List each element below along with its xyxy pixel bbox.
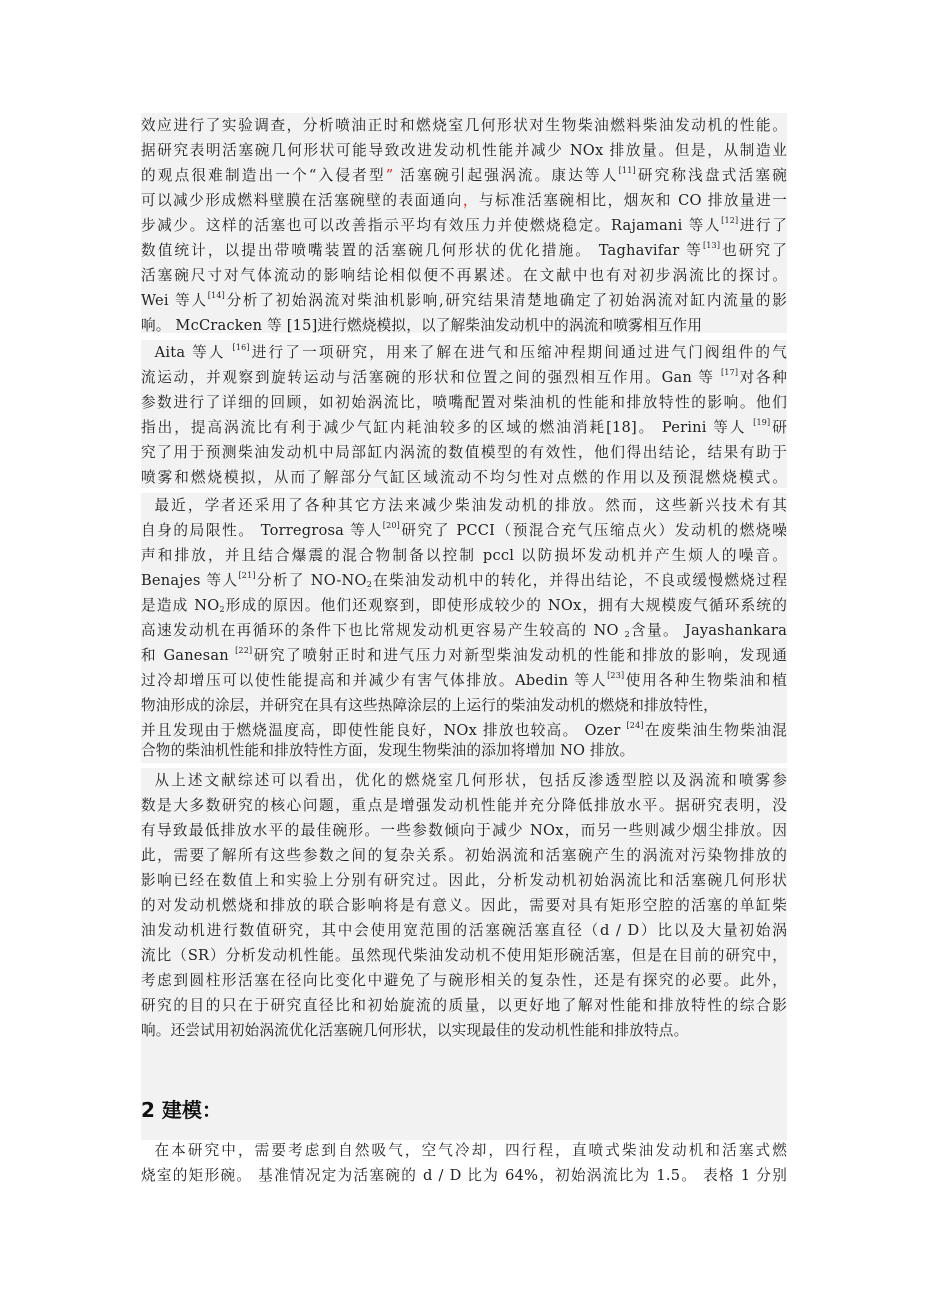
text-span: 使用各种生物柴油和植 <box>624 672 787 689</box>
text-line: 考虑到圆柱形活塞在径向比变化中避免了与碗形相关的复杂性，还是有探究的必要。此外， <box>141 968 787 994</box>
text-span: 形成的原因。他们还观察到，即使形成较少的 NOx，拥有大规模废气循环系统的 <box>225 597 787 614</box>
text-line: 数是大多数研究的核心问题，重点是增强发动机性能并充分降低排放水平。据研究表明，没 <box>141 793 787 819</box>
text-line: 可以减少形成燃料壁膜在活塞碗壁的表面通向，与标准活塞碗相比，烟灰和 CO 排放量… <box>141 188 787 214</box>
citation-21: [21] <box>238 571 255 580</box>
text-line: 参数进行了详细的回顾，如初始涡流比，喷嘴配置对柴油机的性能和排放特性的影响。他们 <box>141 390 787 416</box>
text-line: 响。 McCracken 等 [15]进行燃烧模拟，以了解柴油发动机中的涡流和喷… <box>141 313 702 339</box>
text-span: 过冷却增压可以使性能提高和并减少有害气体排放。Abedin 等人 <box>141 672 607 689</box>
text-line: Aita 等人 [16]进行了一项研究，用来了解在进气和压缩冲程期间通过进气门阀… <box>141 340 787 366</box>
text-span: Aita 等人 <box>141 344 233 361</box>
text-line: 响。还尝试用初始涡流优化活塞碗几何形状，以实现最佳的发动机性能和排放特点。 <box>141 1018 688 1044</box>
text-line: 物油形成的涂层，并研究在具有这些热障涂层的上运行的柴油发动机的燃烧和排放特性， <box>141 693 718 719</box>
text-span: 对各种 <box>738 369 787 386</box>
text-line: 在本研究中，需要考虑到自然吸气，空气冷却，四行程，直喷式柴油发动机和活塞式燃 <box>141 1138 787 1164</box>
text-line: Wei 等人[14]分析了初始涡流对柴油机影响,研究结果清楚地确定了初始涡流对缸… <box>141 288 787 314</box>
text-span: 是造成 NO <box>141 597 219 614</box>
text-line: 影响已经在数值上和实验上分别有研究过。因此，分析发动机初始涡流比和活塞碗几何形状 <box>141 868 787 894</box>
paragraph-literature-review-1: 效应进行了实验调查，分析喷油正时和燃烧室几何形状对生物柴油燃料柴油发动机的性能。… <box>141 113 787 333</box>
text-line: 喷雾和燃烧模拟，从而了解部分气缸区域流动不均匀性对点燃的作用以及预混燃烧模式。 <box>141 465 787 491</box>
text-line: 指出，提高涡流比有利于减少气缸内耗油较多的区域的燃油消耗[18]。 Perini… <box>141 415 787 441</box>
text-span: 高速发动机在再循环的条件下也比常规发动机更容易产生较高的 NO <box>141 622 625 639</box>
text-span: 流运动，并观察到旋转运动与活塞碗的形状和位置之间的强烈相互作用。Gan 等 <box>141 369 721 386</box>
citation-19: [19] <box>753 418 770 427</box>
paragraph-literature-review-2: Aita 等人 [16]进行了一项研究，用来了解在进气和压缩冲程期间通过进气门阀… <box>141 340 787 488</box>
text-line: 高速发动机在再循环的条件下也比常规发动机更容易产生较高的 NO 2含量。 Jay… <box>141 618 787 644</box>
text-line: 自身的局限性。 Torregrosa 等人[20]研究了 PCCI（预混合充气压… <box>141 518 787 544</box>
text-span: Wei 等人 <box>141 292 208 309</box>
text-span: 的观点很难制造出一个“入侵者型 <box>141 167 386 184</box>
text-span: 活塞碗引起强涡流。康达等人 <box>393 167 618 184</box>
text-span: 数值统计，以提出带喷嘴装置的活塞碗几何形状的优化措施。 Taghavifar 等 <box>141 242 703 259</box>
text-line: 此，需要了解所有这些参数之间的复杂关系。初始涡流和活塞碗产生的涡流对污染物排放的 <box>141 843 787 869</box>
text-span: 与标准活塞碗相比，烟灰和 CO 排放量进一 <box>479 192 787 209</box>
text-line: 的观点很难制造出一个“入侵者型” 活塞碗引起强涡流。康达等人[11]研究称浅盘式… <box>141 163 787 189</box>
heading-background <box>141 1052 787 1140</box>
text-line: 效应进行了实验调查，分析喷油正时和燃烧室几何形状对生物柴油燃料柴油发动机的性能。 <box>141 113 787 139</box>
text-span: 也研究了 <box>720 242 787 259</box>
text-line: 最近，学者还采用了各种其它方法来减少柴油发动机的排放。然而，这些新兴技术有其 <box>141 493 787 519</box>
text-line: 究了用于预测柴油发动机中局部缸内涡流的数值模型的有效性，他们得出结论，结果有助于 <box>141 440 787 466</box>
text-line: 数值统计，以提出带喷嘴装置的活塞碗几何形状的优化措施。 Taghavifar 等… <box>141 238 787 264</box>
text-line: 研究的目的只在于研究直径比和初始旋流的质量，以更好地了解对性能和排放特性的综合影 <box>141 993 787 1019</box>
text-line: 据研究表明活塞碗几何形状可能导致改进发动机性能并减少 NOx 排放量。但是，从制… <box>141 138 787 164</box>
document-page: 效应进行了实验调查，分析喷油正时和燃烧室几何形状对生物柴油燃料柴油发动机的性能。… <box>0 0 926 1309</box>
text-span: 在柴油发动机中的转化，并得出结论，不良或缓慢燃烧过程 <box>372 572 787 589</box>
text-span: Benajes 等人 <box>141 572 238 589</box>
text-line: 合物的柴油机性能和排放特性方面，发现生物柴油的添加将增加 NO 排放。 <box>141 738 634 764</box>
text-line: 过冷却增压可以使性能提高和并减少有害气体排放。Abedin 等人[23]使用各种… <box>141 668 787 694</box>
text-span: 研究了 PCCI（预混合充气压缩点火）发动机的燃烧噪 <box>400 522 787 539</box>
text-line: 和 Ganesan [22]研究了喷射正时和进气压力对新型柴油发动机的性能和排放… <box>141 643 787 669</box>
text-span: 在废柴油生物柴油混 <box>644 722 787 739</box>
citation-17: [17] <box>721 368 738 377</box>
text-line: 油发动机进行数值研究，其中会使用宽范围的活塞碗活塞直径（d / D）比以及大量初… <box>141 918 787 944</box>
citation-11: [11] <box>619 166 636 175</box>
text-line: 声和排放，并且结合爆震的混合物制备以控制 pccl 以防损坏发动机并产生烦人的噪… <box>141 543 787 569</box>
text-span: 进行了 <box>738 217 787 234</box>
text-span: 研究称浅盘式活塞碗 <box>636 167 787 184</box>
citation-16: [16] <box>233 343 250 352</box>
text-span: 步减少。这样的活塞也可以改善指示平均有效压力并使燃烧稳定。Rajamani 等人 <box>141 217 721 234</box>
text-line: 有导致最低排放水平的最佳碗形。一些参数倾向于减少 NOx，而另一些则减少烟尘排放… <box>141 818 787 844</box>
text-span: 自身的局限性。 Torregrosa 等人 <box>141 522 383 539</box>
text-line: 流比（SR）分析发动机性能。虽然现代柴油发动机不使用矩形碗活塞，但是在目前的研究… <box>141 943 787 969</box>
citation-23: [23] <box>607 671 624 680</box>
paragraph-summary: 从上述文献综述可以看出，优化的燃烧室几何形状，包括反渗透型腔以及涡流和喷雾参 数… <box>141 768 787 1055</box>
text-span: 和 Ganesan <box>141 647 235 664</box>
text-span: 分析了 NO-NO <box>256 572 367 589</box>
text-line: 步减少。这样的活塞也可以改善指示平均有效压力并使燃烧稳定。Rajamani 等人… <box>141 213 787 239</box>
text-span: 分析了初始涡流对柴油机影响,研究结果清楚地确定了初始涡流对缸内流量的影 <box>225 292 787 309</box>
text-span: 研究了喷射正时和进气压力对新型柴油发动机的性能和排放的影响，发现通 <box>252 647 787 664</box>
text-span: 可以减少形成燃料壁膜在活塞碗壁的表面通向 <box>141 192 463 209</box>
text-line: 活塞碗尺寸对气体流动的影响结论相似便不再累述。在文献中也有对初步涡流比的探讨。 <box>141 263 787 289</box>
text-line: 流运动，并观察到旋转运动与活塞碗的形状和位置之间的强烈相互作用。Gan 等 [1… <box>141 365 787 391</box>
citation-24: [24] <box>626 721 643 730</box>
text-line: 从上述文献综述可以看出，优化的燃烧室几何形状，包括反渗透型腔以及涡流和喷雾参 <box>141 768 787 794</box>
red-comma-mark: ， <box>463 192 479 209</box>
citation-20: [20] <box>383 521 400 530</box>
citation-12: [12] <box>721 216 738 225</box>
citation-13: [13] <box>703 241 720 250</box>
text-line: Benajes 等人[21]分析了 NO-NO2在柴油发动机中的转化，并得出结论… <box>141 568 787 594</box>
text-line: 的对发动机燃烧和排放的联合影响将是有意义。因此，需要对具有矩形空腔的活塞的单缸柴 <box>141 893 787 919</box>
text-span: 进行了一项研究，用来了解在进气和压缩冲程期间通过进气门阀组件的气 <box>250 344 787 361</box>
text-line: 是造成 NO2形成的原因。他们还观察到，即使形成较少的 NOx，拥有大规模废气循… <box>141 593 787 619</box>
section-heading-modeling: 2 建模： <box>141 1095 222 1125</box>
text-line: 烧室的矩形碗。 基准情况定为活塞碗的 d / D 比为 64%，初始涡流比为 1… <box>141 1163 787 1189</box>
text-span: 并且发现由于燃烧温度高，即使性能良好，NOx 排放也较高。 Ozer <box>141 722 626 739</box>
citation-14: [14] <box>208 291 225 300</box>
text-span: 指出，提高涡流比有利于减少气缸内耗油较多的区域的燃油消耗[18]。 Perini… <box>141 419 753 436</box>
citation-22: [22] <box>235 646 252 655</box>
paragraph-literature-review-3: 最近，学者还采用了各种其它方法来减少柴油发动机的排放。然而，这些新兴技术有其 自… <box>141 493 787 763</box>
text-span: 含量。 Jayashankara <box>630 622 787 639</box>
text-span: 研 <box>770 419 787 436</box>
paragraph-modeling-intro: 在本研究中，需要考虑到自然吸气，空气冷却，四行程，直喷式柴油发动机和活塞式燃 烧… <box>141 1138 787 1193</box>
